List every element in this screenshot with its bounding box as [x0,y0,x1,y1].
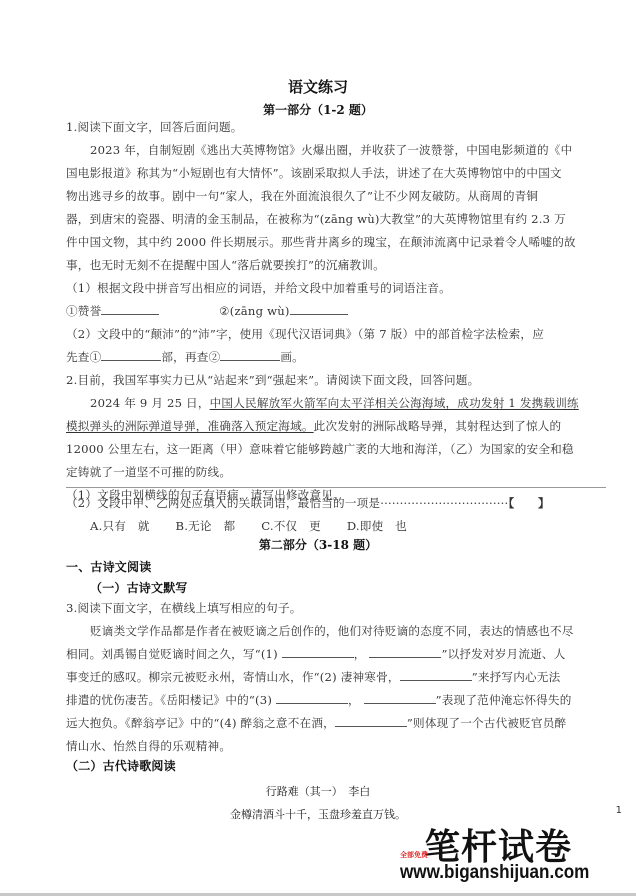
page-number: 1 [616,805,622,816]
page-title: 语文练习 [0,76,636,97]
q3-passage-line: 事变迁的感叹。柳宗元被贬永州，寄情山水，作“(2) 凄神寒骨，”来抒写内心无法 [66,668,560,686]
q1-sub1-b-label: ②(zāng wù) [219,304,289,318]
q1-sub2-c-label: 画。 [280,350,304,364]
q3-text: 远大抱负。《醉翁亭记》中的“(4) 醉翁之意不在酒， [66,716,335,730]
q2-sub2: （2）文段中甲、乙两处应填入的关联词语，最恰当的一项是·············… [66,494,550,512]
q3-text: ， [348,693,360,707]
q1-sub2: （2）文段中的“颠沛”的“沛”字，使用《现代汉语词典》（第 7 版）中的部首检字… [66,325,544,343]
q3-prompt: 3.阅读下面文字，在横线上填写相应的句子。 [66,599,302,617]
q1-sub1-a-label: ①赞誉 [66,304,101,318]
section-heading: 一、古诗文阅读 [66,558,151,576]
q3-text: ”以抒发对岁月流逝、人 [441,647,565,661]
q2-passage-line: 2024 年 9 月 25 日，中国人民解放军火箭军向太平洋相关公海海域，成功发… [90,394,579,412]
answer-blank[interactable] [400,668,472,681]
q3-passage-line: 情山水、怡然自得的乐观精神。 [66,737,231,755]
answer-blank[interactable] [282,645,354,658]
q2-passage-date: 2024 年 9 月 25 日， [90,396,210,410]
part1-heading: 第一部分（1-2 题） [0,101,636,118]
option-b: B.无论 都 [176,519,236,533]
part2-heading: 第二部分（3-18 题） [0,536,636,553]
poem-title: 行路难（其一） 李白 [0,783,636,799]
q3-passage-line: 排遣的忧伤凄苦。《岳阳楼记》中的“(3) ， ”表现了范仲淹忘怀得失的 [66,691,572,709]
q3-text: 相同。刘禹锡自觉贬谪时间之久，写“(1) [66,647,278,661]
answer-blank[interactable] [369,645,441,658]
underlined-sentence: 模拟弹头的洲际弹道导弹，准确落入预定海域。 [66,419,314,433]
answer-blank[interactable] [364,691,436,704]
answer-blank[interactable] [220,348,280,361]
answer-blank[interactable] [101,348,161,361]
answer-blank[interactable] [276,691,348,704]
answer-line[interactable] [66,487,606,488]
q1-sub1: （1）根据文段中拼音写出相应的词语，并给文段中加着重号的词语注音。 [66,279,451,297]
q1-sub1-answers: ①赞誉 ②(zāng wù) [66,302,348,320]
q1-passage-line: 国电影报道》称其为“小短剧也有大情怀”。该剧采取拟人手法，讲述了在大英博物馆中的… [66,164,562,182]
q2-passage-line: 12000 公里左右，这一距离（甲）意味着它能够跨越广袤的大地和海洋，（乙）为国… [66,440,574,458]
q2-sub2-text: （2）文段中甲、乙两处应填入的关联词语，最恰当的一项是·············… [66,496,508,510]
q1-prompt: 1.阅读下面文字，回答后面问题。 [66,118,243,136]
q3-passage-line: 远大抱负。《醉翁亭记》中的“(4) 醉翁之意不在酒，”则体现了一个古代被贬官员醉 [66,714,566,732]
q2-passage-line: 模拟弹头的洲际弹道导弹，准确落入预定海域。此次发射的洲际战略导弹，其射程达到了惊… [66,417,561,435]
exam-page: 语文练习 第一部分（1-2 题） 1.阅读下面文字，回答后面问题。 2023 年… [0,0,636,896]
q1-passage-line: 物出逃寻乡的故事。剧中一句“家人，我在外面流浪很久了”让不少网友破防。从商周的青… [66,187,538,205]
watermark-tag: 全部免费 [400,850,428,860]
q3-text: ， [354,647,366,661]
q2-prompt: 2.目前，我国军事实力已从“站起来”到“强起来”。请阅读下面文段，回答问题。 [66,371,479,389]
q3-text: ”则体现了一个古代被贬官员醉 [407,716,566,730]
answer-bracket[interactable]: 【 】 [508,496,549,510]
q3-text: 排遣的忧伤凄苦。《岳阳楼记》中的“(3) [66,693,272,707]
q2-passage-text: 此次发射的洲际战略导弹，其射程达到了惊人的 [314,419,562,433]
q3-passage-line: 相同。刘禹锡自觉贬谪时间之久，写“(1) ， ”以抒发对岁月流逝、人 [66,645,566,663]
q3-text: 事变迁的感叹。柳宗元被贬永州，寄情山水，作“(2) 凄神寒骨， [66,670,400,684]
watermark-url: www.biganshijuan.com [400,862,589,884]
q1-passage-line: 事，也无时无刻不在提醒中国人“落后就要挨打”的沉痛教训。 [66,256,385,274]
q3-text: ”来抒写内心无法 [472,670,561,684]
q1-passage-line: 件中国文物，其中约 2000 件长期展示。那些背井离乡的瑰宝，在颠沛流离中记录着… [66,233,576,251]
answer-blank[interactable] [101,302,159,315]
option-c: C.不仅 更 [261,519,321,533]
answer-blank[interactable] [335,714,407,727]
answer-blank[interactable] [290,302,348,315]
q1-passage-line: 器，到唐宋的瓷器、明清的金玉制品，在被称为“(zāng wù)大教堂”的大英博物… [66,210,566,228]
q3-passage-line: 贬谪类文学作品都是作者在被贬谪之后创作的，他们对待贬谪的态度不同，表达的情感也不… [90,622,574,640]
q3-text: ”表现了范仲淹忘怀得失的 [436,693,572,707]
q1-sub2-answers: 先查①部，再查②画。 [66,348,304,366]
q1-sub2-b-label: 部，再查② [161,350,220,364]
underlined-sentence: 中国人民解放军火箭军向太平洋相关公海海域，成功发射 1 发携载训练 [210,396,579,410]
poem-line: 金樽清酒斗十千，玉盘珍羞直万钱。 [0,806,636,822]
q1-sub2-a-label: 先查① [66,350,101,364]
q1-passage-line: 2023 年，自制短剧《逃出大英博物馆》火爆出圈，并收获了一波赞誉，中国电影频道… [90,141,572,159]
option-a: A.只有 就 [90,519,150,533]
q2-passage-line: 定铸就了一道坚不可摧的防线。 [66,463,231,481]
subsection-heading: （二）古代诗歌阅读 [66,757,176,775]
subsection-heading: （一）古诗文默写 [90,579,188,597]
q2-options: A.只有 就 B.无论 都 C.不仅 更 D.即使 也 [90,517,407,535]
option-d: D.即使 也 [347,519,407,533]
